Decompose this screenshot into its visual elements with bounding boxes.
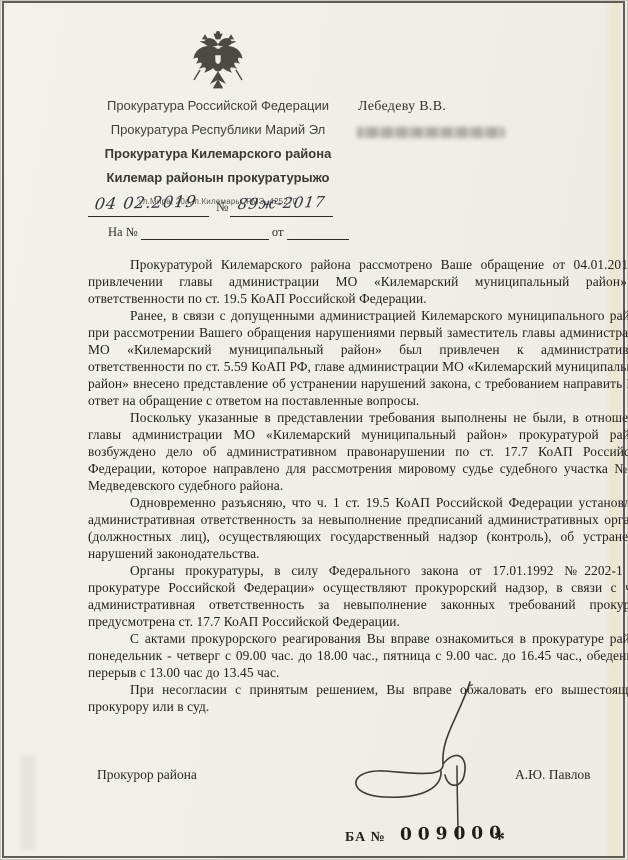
paragraph-1: Прокуратурой Килемарского района рассмот… xyxy=(88,256,628,307)
signer-title: Прокурор района xyxy=(97,767,197,783)
org-name-republic: Прокуратура Республики Марий Эл xyxy=(86,122,350,138)
paragraph-4: Одновременно разъясняю, что ч. 1 ст. 19.… xyxy=(88,494,628,562)
reply-date-underline xyxy=(287,222,349,240)
scanned-document: Прокуратура Российской Федерации Прокура… xyxy=(0,0,628,860)
scanned-letter-page: { "letterhead": { "emblem": "russia-coat… xyxy=(0,0,628,860)
scan-artifact-smudge xyxy=(20,755,36,850)
reply-from-label: от xyxy=(272,225,284,239)
org-name-district: Прокуратура Килемарского района xyxy=(86,146,350,162)
org-name-federation: Прокуратура Российской Федерации xyxy=(86,98,350,114)
reply-reference-row: На № от xyxy=(108,222,349,242)
signer-name: А.Ю. Павлов xyxy=(515,767,591,783)
stamp-number: 009000 xyxy=(400,823,507,845)
date-underline: 04 02.2019 xyxy=(88,192,209,217)
reply-number-underline xyxy=(141,222,269,240)
paragraph-5: Органы прокуратуры, в силу Федерального … xyxy=(88,562,628,630)
russia-coat-of-arms-icon xyxy=(192,30,244,90)
handwritten-number: 89ж-2017 xyxy=(237,193,327,213)
signature-scribble-icon xyxy=(330,676,480,844)
number-underline: 89ж-2017 xyxy=(230,192,333,217)
stamp-series-label: БА № xyxy=(345,830,386,846)
org-name-district-mari: Килемар районын прокуратурыжо xyxy=(86,170,350,186)
reference-row: 04 02.2019 № 89ж-2017 xyxy=(88,192,348,218)
reply-label: На № xyxy=(108,225,138,239)
paragraph-2: Ранее, в связи с допущенными администрац… xyxy=(88,307,628,409)
number-sign-label: № xyxy=(216,199,228,215)
paragraph-6: С актами прокурорского реагирования Вы в… xyxy=(88,630,628,681)
handwritten-date: 04 02.2019 xyxy=(94,192,199,214)
paragraph-3: Поскольку указанные в представлении треб… xyxy=(88,409,628,494)
stamp-asterisk: * xyxy=(494,826,505,852)
recipient-name: Лебедеву В.В. xyxy=(358,99,446,115)
letter-body: Прокуратурой Килемарского района рассмот… xyxy=(88,256,628,715)
redacted-email xyxy=(357,127,505,138)
